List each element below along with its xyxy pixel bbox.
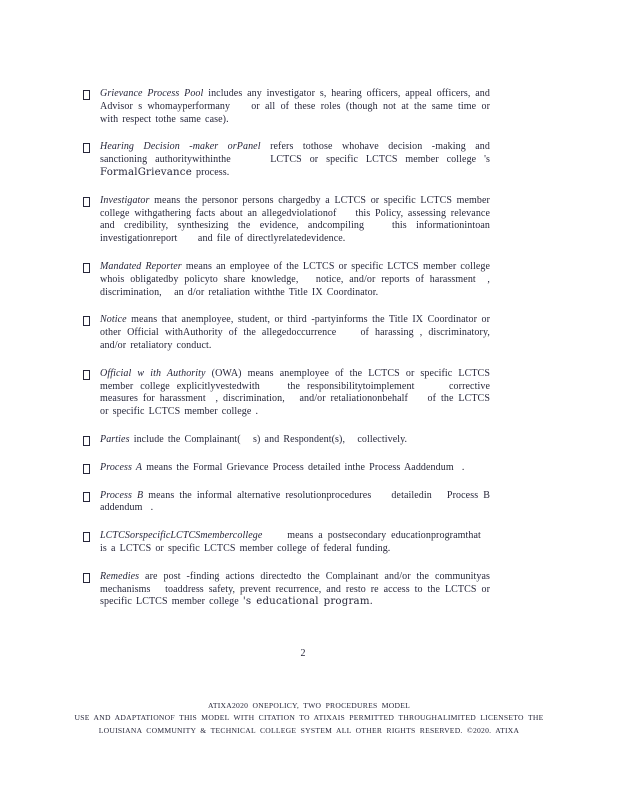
bullet-square-icon [83, 573, 90, 583]
definition-text: Investigator means the personor persons … [100, 195, 490, 246]
definitions-list: Grievance Process Pool includes any inve… [100, 88, 490, 624]
bullet-square-icon [83, 370, 90, 380]
bullet-square-icon [83, 197, 90, 207]
definition-term: LCTCSorspecificLCTCSmembercollege [100, 530, 262, 541]
definition-item: Notice means that anemployee, student, o… [100, 314, 490, 352]
definition-item: Hearing Decision -maker orPanel refers t… [100, 141, 490, 179]
definition-text-run: include the Complainant( s) and Responde… [130, 434, 408, 445]
definition-text-run: means the personor persons chargedby a L… [100, 195, 490, 244]
definition-term: Process A [100, 462, 142, 473]
definition-term: Mandated Reporter [100, 261, 182, 272]
footer-line-3: LOUISIANA COMMUNITY & TECHNICAL COLLEGE … [0, 725, 618, 737]
definition-text-special: FormalGrievance [100, 167, 192, 178]
definition-term: Notice [100, 314, 127, 325]
definition-text: Remedies are post -finding actions direc… [100, 571, 490, 609]
definition-item: Process A means the Formal Grievance Pro… [100, 462, 490, 475]
document-page: Grievance Process Pool includes any inve… [0, 0, 618, 800]
definition-term: Hearing Decision -maker orPanel [100, 141, 261, 152]
definition-text: Parties include the Complainant( s) and … [100, 434, 490, 447]
definition-item: Process B means the informal alternative… [100, 490, 490, 516]
bullet-square-icon [83, 464, 90, 474]
bullet-square-icon [83, 316, 90, 326]
definition-item: Parties include the Complainant( s) and … [100, 434, 490, 447]
bullet-square-icon [83, 492, 90, 502]
definition-term: Grievance Process Pool [100, 88, 203, 99]
definition-item: Mandated Reporter means an employee of t… [100, 261, 490, 299]
definition-item: Official w ith Authority (OWA) means ane… [100, 368, 490, 419]
definition-text: LCTCSorspecificLCTCSmembercollege means … [100, 530, 490, 556]
bullet-square-icon [83, 532, 90, 542]
definition-term: Parties [100, 434, 130, 445]
definition-term: Investigator [100, 195, 150, 206]
bullet-square-icon [83, 143, 90, 153]
definition-text-run: means the informal alternative resolutio… [100, 490, 490, 514]
bullet-square-icon [83, 263, 90, 273]
definition-item: Grievance Process Pool includes any inve… [100, 88, 490, 126]
definition-text: Notice means that anemployee, student, o… [100, 314, 490, 352]
definition-item: Remedies are post -finding actions direc… [100, 571, 490, 609]
definition-term: Remedies [100, 571, 139, 582]
bullet-square-icon [83, 436, 90, 446]
definition-text: Grievance Process Pool includes any inve… [100, 88, 490, 126]
definition-text-run: process. [192, 167, 229, 178]
page-number: 2 [0, 648, 606, 659]
footer-line-2: USE AND ADAPTATIONOF THIS MODEL WITH CIT… [0, 712, 618, 724]
footer-line-1: ATIXA2020 ONEPOLICY, TWO PROCEDURES MODE… [0, 700, 618, 712]
definition-text: Mandated Reporter means an employee of t… [100, 261, 490, 299]
page-footer: ATIXA2020 ONEPOLICY, TWO PROCEDURES MODE… [0, 700, 618, 737]
bullet-square-icon [83, 90, 90, 100]
definition-item: Investigator means the personor persons … [100, 195, 490, 246]
definition-term: Official w ith Authority [100, 368, 206, 379]
definition-text-run: means that anemployee, student, or third… [100, 314, 490, 351]
definition-term: Process B [100, 490, 143, 501]
definition-text: Process B means the informal alternative… [100, 490, 490, 516]
definition-text-run: means the Formal Grievance Process detai… [142, 462, 464, 473]
definition-text: Official w ith Authority (OWA) means ane… [100, 368, 490, 419]
definition-text: Hearing Decision -maker orPanel refers t… [100, 141, 490, 179]
definition-text-special: 's educational program. [243, 596, 373, 607]
definition-item: LCTCSorspecificLCTCSmembercollege means … [100, 530, 490, 556]
definition-text: Process A means the Formal Grievance Pro… [100, 462, 490, 475]
